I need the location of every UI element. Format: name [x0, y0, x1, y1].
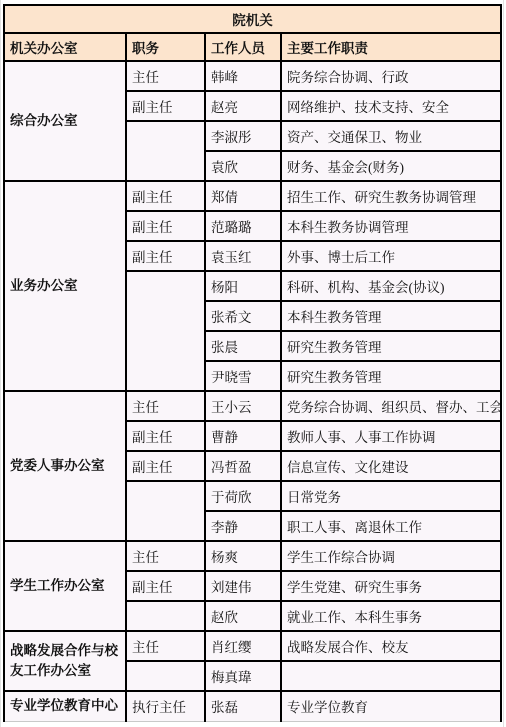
duty-cell: 招生工作、研究生教务协调管理	[281, 181, 501, 211]
duty-cell: 教师人事、人事工作协调	[281, 421, 501, 451]
staff-cell: 尹晓雪	[205, 361, 281, 391]
staff-cell: 杨爽	[205, 541, 281, 571]
position-cell: 主任	[126, 541, 205, 571]
staff-cell: 冯哲盈	[205, 451, 281, 481]
staff-cell: 张磊	[205, 691, 281, 721]
position-cell: 主任	[126, 391, 205, 421]
staff-cell: 刘建伟	[205, 571, 281, 601]
column-header-office: 机关办公室	[4, 33, 126, 61]
duty-cell: 本科生教务协调管理	[281, 211, 501, 241]
sheet-gridline-right	[503, 0, 504, 727]
duty-cell: 财务、基金会(财务)	[281, 151, 501, 181]
position-cell: 副主任	[126, 421, 205, 451]
duty-cell: 资产、交通保卫、物业	[281, 121, 501, 151]
duty-cell: 战略发展合作、校友	[281, 631, 501, 661]
office-cell: 党委人事办公室	[4, 391, 126, 541]
staff-cell: 于荷欣	[205, 481, 281, 511]
duty-cell: 外事、博士后工作	[281, 241, 501, 271]
position-cell: 副主任	[126, 91, 205, 121]
table-title: 院机关	[4, 5, 501, 33]
duty-cell: 专业学位教育	[281, 691, 501, 721]
duty-cell: 信息宣传、文化建设	[281, 451, 501, 481]
staff-cell: 韩峰	[205, 61, 281, 91]
staff-cell: 赵欣	[205, 601, 281, 631]
duty-cell: 职工人事、离退休工作	[281, 511, 501, 541]
staff-cell: 梅真瑋	[205, 661, 281, 691]
table-row: 战略发展合作与校友工作办公室主任肖红缨战略发展合作、校友	[4, 631, 501, 661]
staff-cell: 张希文	[205, 301, 281, 331]
table-row: 综合办公室主任韩峰院务综合协调、行政	[4, 61, 501, 91]
staff-cell: 王小云	[205, 391, 281, 421]
position-cell	[126, 661, 205, 691]
position-cell	[126, 481, 205, 541]
table-header-row: 机关办公室 职务 工作人员 主要工作职责	[4, 33, 501, 61]
duty-cell: 网络维护、技术支持、安全	[281, 91, 501, 121]
table-row: 专业学位教育中心执行主任张磊专业学位教育	[4, 691, 501, 721]
position-cell: 执行主任	[126, 691, 205, 721]
staff-cell: 郑倩	[205, 181, 281, 211]
position-cell: 主任	[126, 631, 205, 661]
staff-cell: 张晨	[205, 331, 281, 361]
duty-cell: 研究生教务管理	[281, 361, 501, 391]
table-row: 学生工作办公室主任杨爽学生工作综合协调	[4, 541, 501, 571]
duty-cell: 党务综合协调、组织员、督办、工会	[281, 391, 501, 421]
duty-cell: 科研、机构、基金会(协议)	[281, 271, 501, 301]
position-cell	[126, 271, 205, 391]
column-header-staff: 工作人员	[205, 33, 281, 61]
position-cell: 副主任	[126, 211, 205, 241]
office-cell: 专业学位教育中心	[4, 691, 126, 721]
staff-cell: 范璐璐	[205, 211, 281, 241]
staff-cell: 袁玉红	[205, 241, 281, 271]
spreadsheet-area: 院机关 机关办公室 职务 工作人员 主要工作职责 综合办公室主任韩峰院务综合协调…	[0, 0, 506, 727]
office-cell: 综合办公室	[4, 61, 126, 181]
staff-cell: 杨阳	[205, 271, 281, 301]
position-cell: 副主任	[126, 451, 205, 481]
position-cell: 副主任	[126, 181, 205, 211]
duty-cell: 学生工作综合协调	[281, 541, 501, 571]
staff-cell: 李淑彤	[205, 121, 281, 151]
position-cell: 副主任	[126, 241, 205, 271]
staff-cell: 袁欣	[205, 151, 281, 181]
org-table: 院机关 机关办公室 职务 工作人员 主要工作职责 综合办公室主任韩峰院务综合协调…	[3, 4, 502, 722]
staff-cell: 肖红缨	[205, 631, 281, 661]
position-cell: 副主任	[126, 571, 205, 601]
table-body: 综合办公室主任韩峰院务综合协调、行政副主任赵亮网络维护、技术支持、安全李淑彤资产…	[4, 61, 501, 721]
column-header-position: 职务	[126, 33, 205, 61]
position-cell	[126, 121, 205, 181]
sheet-gridline-left	[0, 0, 1, 727]
position-cell	[126, 601, 205, 631]
duty-cell: 就业工作、本科生事务	[281, 601, 501, 631]
staff-cell: 曹静	[205, 421, 281, 451]
table-row: 业务办公室副主任郑倩招生工作、研究生教务协调管理	[4, 181, 501, 211]
staff-cell: 李静	[205, 511, 281, 541]
office-cell: 学生工作办公室	[4, 541, 126, 631]
duty-cell	[281, 661, 501, 691]
column-header-duty: 主要工作职责	[281, 33, 501, 61]
office-cell: 业务办公室	[4, 181, 126, 391]
office-cell: 战略发展合作与校友工作办公室	[4, 631, 126, 691]
duty-cell: 研究生教务管理	[281, 331, 501, 361]
duty-cell: 本科生教务管理	[281, 301, 501, 331]
duty-cell: 院务综合协调、行政	[281, 61, 501, 91]
position-cell: 主任	[126, 61, 205, 91]
duty-cell: 学生党建、研究生事务	[281, 571, 501, 601]
duty-cell: 日常党务	[281, 481, 501, 511]
staff-cell: 赵亮	[205, 91, 281, 121]
table-row: 党委人事办公室主任王小云党务综合协调、组织员、督办、工会	[4, 391, 501, 421]
table-title-row: 院机关	[4, 5, 501, 33]
